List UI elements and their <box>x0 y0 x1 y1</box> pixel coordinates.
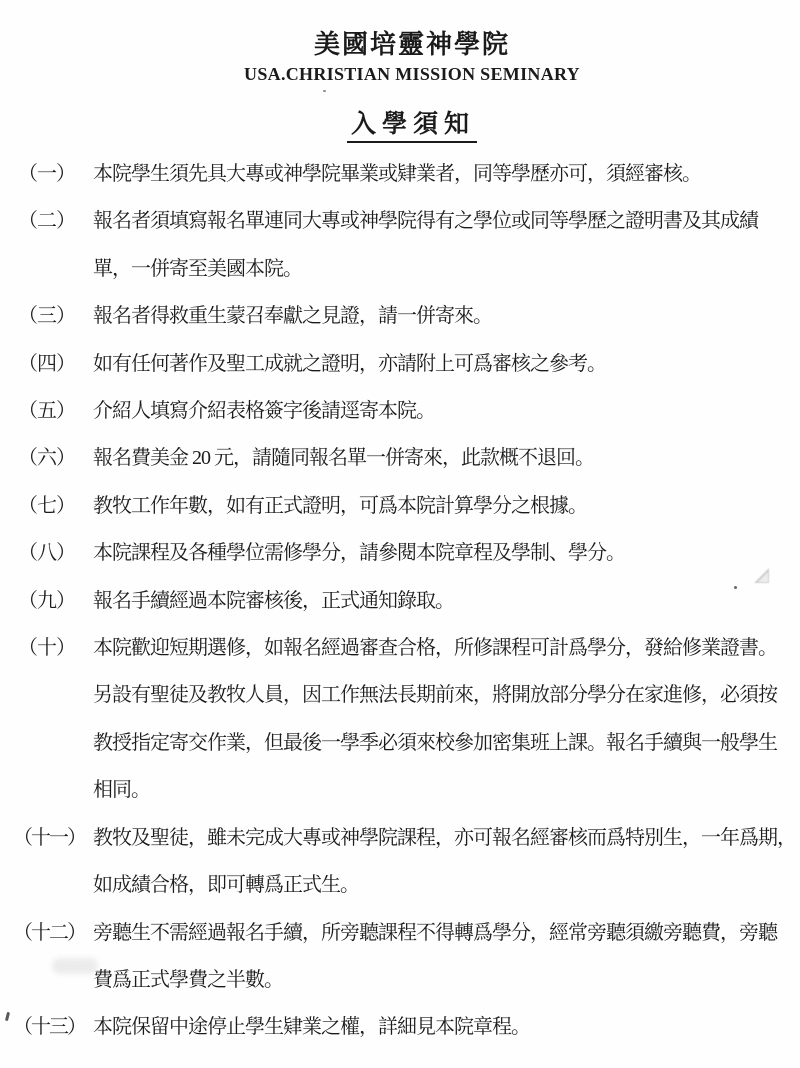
notice-item: （九）報名手續經過本院審核後，正式通知錄取。 <box>0 578 800 625</box>
item-number: （二） <box>18 198 75 245</box>
item-line: 費爲正式學費之半數。 <box>0 957 800 1004</box>
seminary-title-english: USA.CHRISTIAN MISSION SEMINARY <box>12 62 800 86</box>
item-line: 介紹人填寫介紹表格簽字後請逕寄本院。 <box>0 388 800 435</box>
notice-item: （三）報名者得救重生蒙召奉獻之見證，請一併寄來。 <box>0 293 800 340</box>
item-line: 報名者得救重生蒙召奉獻之見證，請一併寄來。 <box>0 293 800 340</box>
item-line: 單，一併寄至美國本院。 <box>0 246 800 293</box>
item-number: （七） <box>18 483 75 530</box>
notice-item: （八）本院課程及各種學位需修學分，請參閱本院章程及學制、學分。 <box>0 530 800 577</box>
item-line: 本院保留中途停止學生肄業之權，詳細見本院章程。 <box>0 1004 800 1051</box>
notice-item: （一）本院學生須先具大專或神學院畢業或肄業者，同等學歷亦可，須經審核。 <box>0 151 800 198</box>
item-number: （九） <box>18 578 75 625</box>
notice-item: （五）介紹人填寫介紹表格簽字後請逕寄本院。 <box>0 388 800 435</box>
item-line: 報名者須填寫報名單連同大專或神學院得有之學位或同等學歷之證明書及其成績 <box>0 198 800 245</box>
notice-item: （七）教牧工作年數，如有正式證明，可爲本院計算學分之根據。 <box>0 483 800 530</box>
item-line: 報名手續經過本院審核後，正式通知錄取。 <box>0 578 800 625</box>
item-number: （十二） <box>13 910 85 957</box>
item-line: 相同。 <box>0 767 800 814</box>
notice-list: （一）本院學生須先具大專或神學院畢業或肄業者，同等學歷亦可，須經審核。（二）報名… <box>0 151 800 1052</box>
item-number: （一） <box>18 151 75 198</box>
notice-item: （十二）旁聽生不需經過報名手續，所旁聽課程不得轉爲學分，經常旁聽須繳旁聽費，旁聽… <box>0 910 800 1005</box>
item-line: 另設有聖徒及教牧人員，因工作無法長期前來，將開放部分學分在家進修，必須按 <box>0 672 800 719</box>
notice-item: （十三）本院保留中途停止學生肄業之權，詳細見本院章程。 <box>0 1004 800 1051</box>
item-number: （六） <box>18 435 75 482</box>
notice-item: （十一）教牧及聖徒，雖未完成大專或神學院課程，亦可報名經審核而爲特別生，一年爲期… <box>0 815 800 910</box>
item-number: （三） <box>18 293 75 340</box>
notice-item: （六）報名費美金 20 元，請隨同報名單一併寄來，此款概不退回。 <box>0 435 800 482</box>
item-line: 本院課程及各種學位需修學分，請參閱本院章程及學制、學分。 <box>0 530 800 577</box>
item-number: （四） <box>18 341 75 388</box>
item-line: 如成績合格，即可轉爲正式生。 <box>0 862 800 909</box>
item-number: （八） <box>18 530 75 577</box>
section-heading-wrap: 入學須知 <box>12 110 800 143</box>
document-header: 美國培靈神學院 USA.CHRISTIAN MISSION SEMINARY 入… <box>12 0 800 143</box>
item-number: （十） <box>18 625 75 672</box>
item-number: （十一） <box>13 815 85 862</box>
item-line: 本院歡迎短期選修，如報名經過審查合格，所修課程可計爲學分，發給修業證書。 <box>0 625 800 672</box>
seminary-title-chinese: 美國培靈神學院 <box>12 30 800 60</box>
item-line: 報名費美金 20 元，請隨同報名單一併寄來，此款概不退回。 <box>0 435 800 482</box>
item-number: （五） <box>18 388 75 435</box>
section-heading: 入學須知 <box>347 110 477 143</box>
notice-item: （四）如有任何著作及聖工成就之證明，亦請附上可爲審核之參考。 <box>0 341 800 388</box>
item-line: 教牧工作年數，如有正式證明，可爲本院計算學分之根據。 <box>0 483 800 530</box>
item-line: 旁聽生不需經過報名手續，所旁聽課程不得轉爲學分，經常旁聽須繳旁聽費，旁聽 <box>0 910 800 957</box>
item-line: 教授指定寄交作業，但最後一學季必須來校參加密集班上課。報名手續與一般學生 <box>0 720 800 767</box>
item-line: 教牧及聖徒，雖未完成大專或神學院課程，亦可報名經審核而爲特別生，一年爲期， <box>0 815 800 862</box>
document-page: 美國培靈神學院 USA.CHRISTIAN MISSION SEMINARY 入… <box>0 0 800 1068</box>
item-line: 本院學生須先具大專或神學院畢業或肄業者，同等學歷亦可，須經審核。 <box>0 151 800 198</box>
item-number: （十三） <box>13 1004 85 1051</box>
item-line: 如有任何著作及聖工成就之證明，亦請附上可爲審核之參考。 <box>0 341 800 388</box>
notice-item: （二）報名者須填寫報名單連同大專或神學院得有之學位或同等學歷之證明書及其成績單，… <box>0 198 800 293</box>
notice-item: （十）本院歡迎短期選修，如報名經過審查合格，所修課程可計爲學分，發給修業證書。另… <box>0 625 800 815</box>
